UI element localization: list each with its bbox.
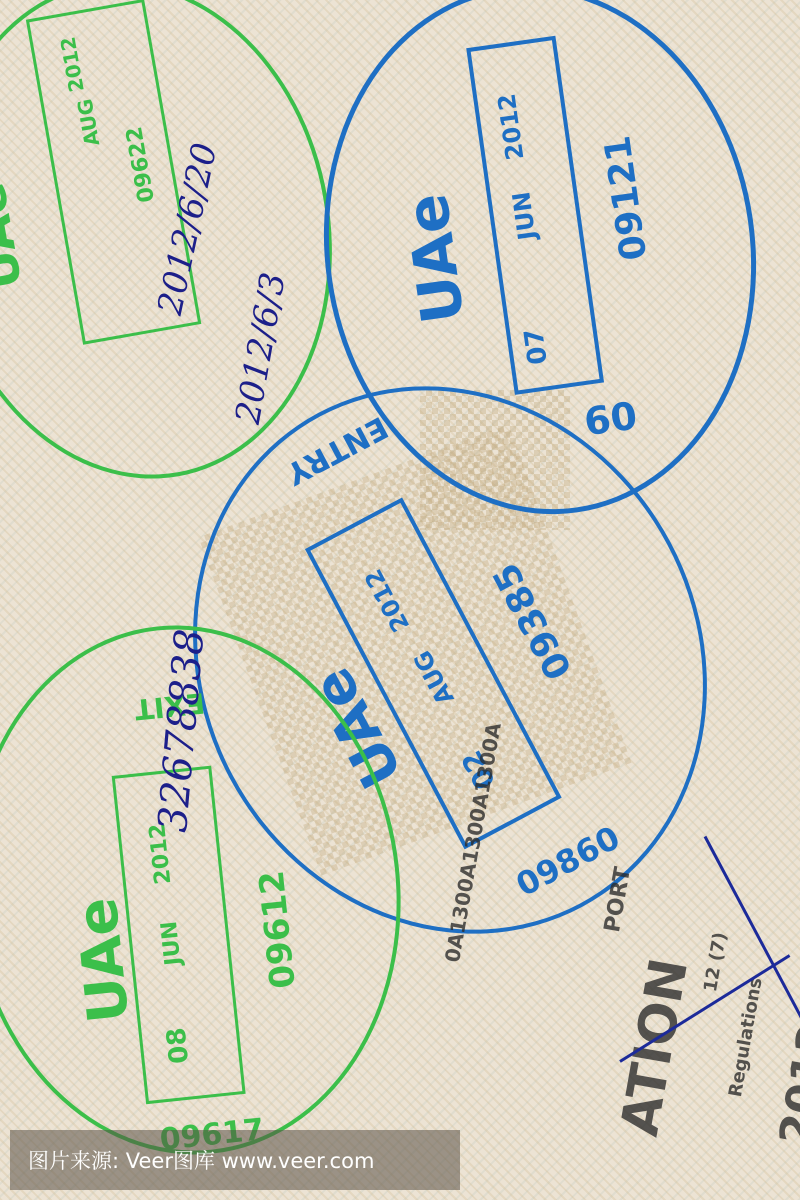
blue-stamp-code: 60 (581, 393, 639, 444)
blue-stamp-number: 09121 (597, 133, 655, 263)
blue-stamp-middle-number: 09385 (486, 556, 581, 686)
black-stamp-line-1: ATION (610, 954, 700, 1140)
watermark-banner: 图片来源: Veer图库 www.veer.com (10, 1130, 460, 1190)
green-stamp-country: UAe (0, 178, 33, 293)
blue-stamp-country: UAe (392, 190, 477, 328)
green-stamp-bottom-number: 09612 (252, 869, 304, 991)
black-stamp-line-3: Regulations (725, 976, 767, 1099)
blue-stamp-middle-entry: ENTRY (280, 409, 393, 491)
black-stamp-line-4: 12 (7) (700, 931, 731, 994)
green-stamp-bottom-month: JUN (157, 920, 187, 967)
blue-stamp-day: 07 (519, 326, 554, 366)
green-stamp-bottom-country: UAe (65, 895, 143, 1026)
green-stamp-bottom-day: 08 (162, 1026, 196, 1065)
watermark-text: 图片来源: Veer图库 www.veer.com (28, 1145, 374, 1175)
black-stamp-line-5: 2012 (770, 1019, 800, 1148)
passport-page: UAe AUG 2012 09622 UAe 07 JUN 2012 09121… (0, 0, 800, 1200)
